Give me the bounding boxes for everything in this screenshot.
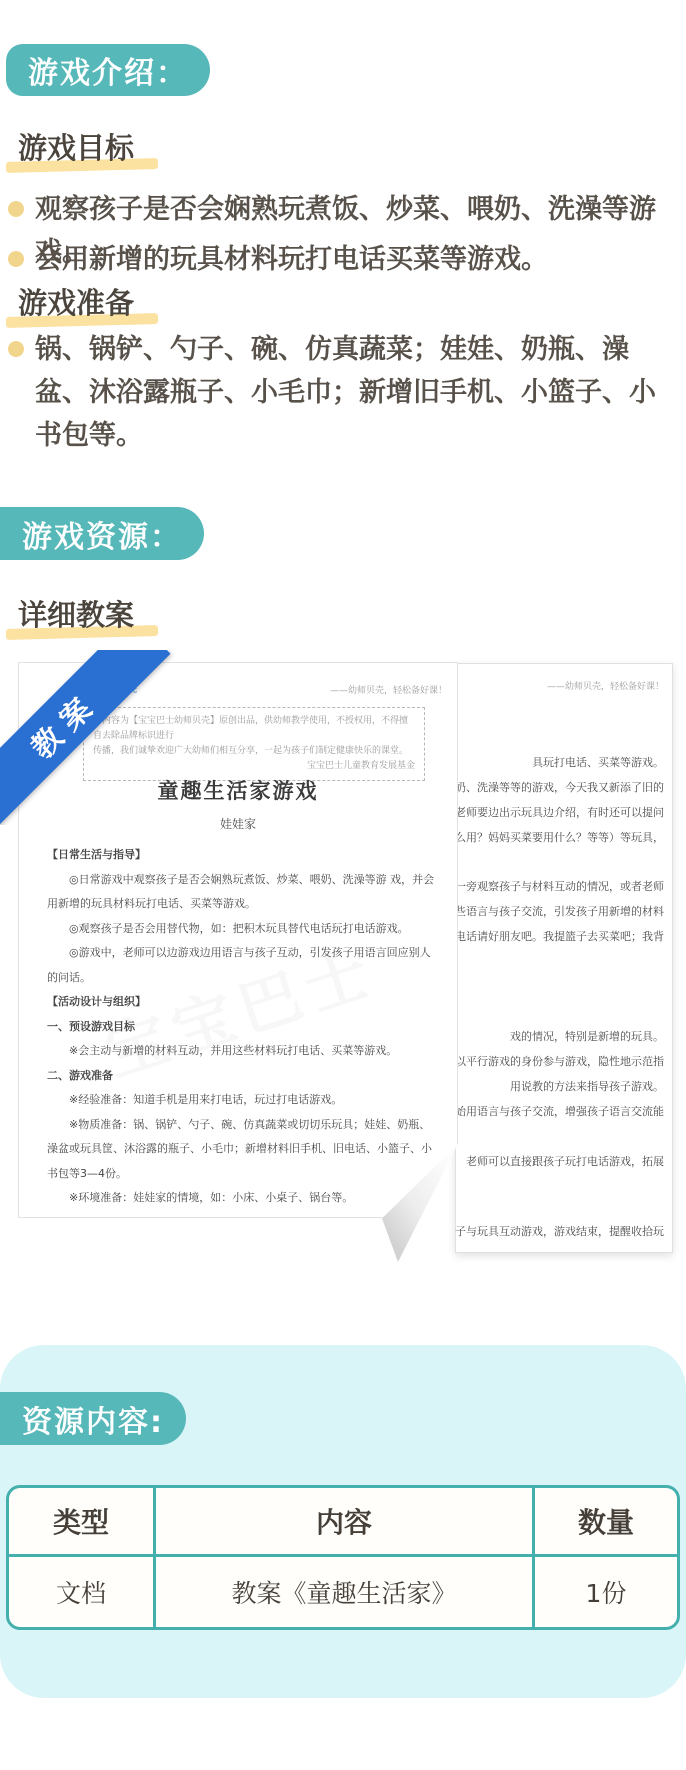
resource-content-badge: 资源内容:: [0, 1392, 186, 1445]
doc-paragraph: 一、预设游戏目标: [47, 1015, 439, 1040]
prep-bullet: 锅、锅铲、勺子、碗、仿真蔬菜；娃娃、奶瓶、澡盆、沐浴露瓶子、小毛巾；新增旧手机、…: [8, 328, 682, 457]
doc-paragraph: ※物质准备：锅、锅铲、勺子、碗、仿真蔬菜或切切乐玩具；娃娃、奶瓶、澡盆或玩具筐、…: [47, 1113, 439, 1187]
article-page: 游戏介绍： 游戏目标 观察孩子是否会娴熟玩煮饭、炒菜、喂奶、洗澡等游戏。 会用新…: [0, 0, 686, 1770]
table-header-content: 内容: [156, 1488, 532, 1554]
page2-line: 一旁观察孩子与材料互动的情况，或者老师: [455, 878, 664, 894]
page2-line: 打电话请好朋友吧。我提篮子去买菜吧；我背: [444, 928, 664, 944]
lesson-plan-ribbon: 教案: [0, 650, 175, 825]
game-goal-heading-text: 游戏目标: [18, 131, 134, 165]
doc-paragraph: ※会主动与新增的材料互动，并用这些材料玩打电话、买菜等游戏。: [47, 1039, 439, 1064]
document-page-2: ——幼师贝壳，轻松备好课！ 具玩打电话、买菜等游戏。 奶、洗澡等等的游戏，今天我…: [455, 663, 673, 1253]
game-goal-heading: 游戏目标: [18, 126, 134, 167]
doc-paragraph: ◎游戏中，老师可以边游戏边用语言与孩子互动，引发孩子用语言回应别人的问话。: [47, 941, 439, 990]
page2-line: 戏的情况，特别是新增的玩具。: [510, 1028, 664, 1044]
table-cell-type: 文档: [9, 1557, 153, 1627]
resource-table: 类型 内容 数量 文档 教案《童趣生活家》 1份: [6, 1485, 680, 1630]
page2-line: 始用语言与孩子交流，增强孩子语言交流能: [455, 1103, 664, 1119]
game-intro-badge: 游戏介绍：: [6, 44, 210, 96]
doc-paragraph: 【活动设计与组织】: [47, 990, 439, 1015]
game-resources-badge: 游戏资源：: [0, 507, 204, 560]
doc-paragraph: 二、游戏准备: [47, 1064, 439, 1089]
page2-line: 老师可以直接跟孩子玩打电话游戏，拓展: [466, 1153, 664, 1169]
page2-line: 以平行游戏的身份参与游戏，隐性地示范指: [455, 1053, 664, 1069]
page2-line: 一些语言与孩子交流，引发孩子用新增的材料: [444, 903, 664, 919]
document-body: 【日常生活与指导】 ◎日常游戏中观察孩子是否会娴熟玩煮饭、炒菜、喂奶、洗澡等游 …: [47, 843, 439, 1211]
document-slogan: ——幼师贝壳，轻松备好课！: [330, 683, 447, 696]
doc-paragraph: 【日常生活与指导】: [47, 843, 439, 868]
lesson-plan-preview: ——幼师贝壳，轻松备好课！ 具玩打电话、买菜等游戏。 奶、洗澡等等的游戏，今天我…: [0, 650, 686, 1280]
doc-paragraph: ◎日常游戏中观察孩子是否会娴熟玩煮饭、炒菜、喂奶、洗澡等游 戏，并会用新增的玩具…: [47, 868, 439, 917]
page2-line: 奶、洗澡等等的游戏，今天我又新添了旧的: [455, 779, 664, 795]
page2-line: 用说教的方法来指导孩子游戏。: [510, 1078, 664, 1094]
page2-line: 什么用？妈妈买菜要用什么？等等）等玩具，: [444, 829, 664, 845]
document-slogan: ——幼师贝壳，轻松备好课！: [547, 679, 664, 692]
doc-paragraph: ※环境准备：娃娃家的情境，如：小床、小桌子、锅台等。: [47, 1186, 439, 1211]
doc-paragraph: ◎观察孩子是否会用替代物，如：把积木玩具替代电话玩打电话游戏。: [47, 917, 439, 942]
table-header-type: 类型: [9, 1488, 153, 1554]
table-header-quantity: 数量: [535, 1488, 677, 1554]
page2-line: 子与玩具互动游戏，游戏结束，提醒收拾玩: [455, 1223, 664, 1239]
page2-line: 具玩打电话、买菜等游戏。: [532, 754, 664, 770]
doc-paragraph: ※经验准备：知道手机是用来打电话，玩过打电话游戏。: [47, 1088, 439, 1113]
game-prep-heading-text: 游戏准备: [18, 286, 134, 320]
page2-line: 老师要边出示玩具边介绍，有时还可以提问: [455, 804, 664, 820]
ribbon-label: 教案: [0, 650, 170, 825]
lesson-plan-heading: 详细教案: [18, 593, 134, 634]
game-prep-heading: 游戏准备: [18, 281, 134, 322]
goal-bullet-2: 会用新增的玩具材料玩打电话买菜等游戏。: [8, 238, 682, 281]
lesson-plan-heading-text: 详细教案: [18, 598, 134, 632]
table-cell-content: 教案《童趣生活家》: [156, 1557, 532, 1627]
table-cell-quantity: 1份: [535, 1557, 677, 1627]
